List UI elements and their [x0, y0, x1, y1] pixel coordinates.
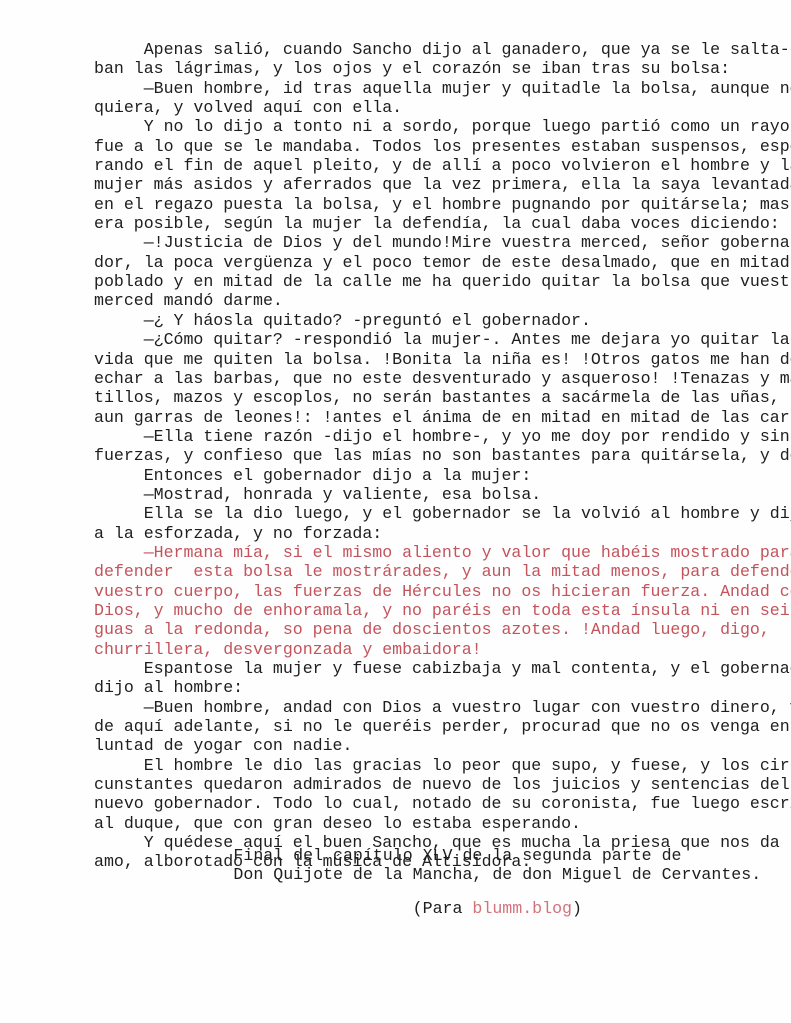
text-line: echar a las barbas, que no este desventu… — [94, 369, 734, 388]
text-line: —!Justicia de Dios y del mundo!Mire vues… — [94, 233, 734, 252]
credit-prefix: (Para — [94, 899, 472, 918]
text-line: El hombre le dio las gracias lo peor que… — [94, 756, 734, 775]
text-line-red: churrillera, desvergonzada y embaidora! — [94, 640, 734, 659]
text-line: fue a lo que se le mandaba. Todos los pr… — [94, 137, 734, 156]
text-line: dijo al hombre: — [94, 678, 734, 697]
text-line: —Mostrad, honrada y valiente, esa bolsa. — [94, 485, 734, 504]
text-line: quiera, y volved aquí con ella. — [94, 98, 734, 117]
text-line: Entonces el gobernador dijo a la mujer: — [94, 466, 734, 485]
text-line: —¿ Y háosla quitado? -preguntó el gobern… — [94, 311, 734, 330]
text-line: fuerzas, y confieso que las mías no son … — [94, 446, 734, 465]
blog-link[interactable]: blumm.blog — [472, 899, 572, 918]
text-line-red: —Hermana mía, si el mismo aliento y valo… — [94, 543, 734, 562]
closing-line-1: Final del capítulo XLV de la segunda par… — [94, 846, 734, 865]
text-line: dor, la poca vergüenza y el poco temor d… — [94, 253, 734, 272]
text-line-red: defender esta bolsa le mostrárades, y au… — [94, 562, 734, 581]
text-line: poblado y en mitad de la calle me ha que… — [94, 272, 734, 291]
text-line: luntad de yogar con nadie. — [94, 736, 734, 755]
text-line-red: Dios, y mucho de enhoramala, y no paréis… — [94, 601, 734, 620]
text-line: al duque, que con gran deseo lo estaba e… — [94, 814, 734, 833]
text-line: Y no lo dijo a tonto ni a sordo, porque … — [94, 117, 734, 136]
body-text: Apenas salió, cuando Sancho dijo al gana… — [94, 40, 734, 872]
text-line: Apenas salió, cuando Sancho dijo al gana… — [94, 40, 734, 59]
text-line: aun garras de leones!: !antes el ánima d… — [94, 408, 734, 427]
text-line: —Buen hombre, id tras aquella mujer y qu… — [94, 79, 734, 98]
text-line: era posible, según la mujer la defendía,… — [94, 214, 734, 233]
text-line-red: guas a la redonda, so pena de doscientos… — [94, 620, 734, 639]
credit-suffix: ) — [572, 899, 582, 918]
text-line: —Ella tiene razón -dijo el hombre-, y yo… — [94, 427, 734, 446]
text-line: rando el fin de aquel pleito, y de allí … — [94, 156, 734, 175]
text-line: vida que me quiten la bolsa. !Bonita la … — [94, 350, 734, 369]
credit-line: (Para blumm.blog) — [94, 899, 734, 918]
chapter-closing-note: Final del capítulo XLV de la segunda par… — [94, 846, 734, 885]
text-line: en el regazo puesta la bolsa, y el hombr… — [94, 195, 734, 214]
text-line: —Buen hombre, andad con Dios a vuestro l… — [94, 698, 734, 717]
text-line: mujer más asidos y aferrados que la vez … — [94, 175, 734, 194]
text-line: ban las lágrimas, y los ojos y el corazó… — [94, 59, 734, 78]
text-line: tillos, mazos y escoplos, no serán basta… — [94, 388, 734, 407]
text-line: a la esforzada, y no forzada: — [94, 524, 734, 543]
text-line: merced mandó darme. — [94, 291, 734, 310]
typewritten-page: Apenas salió, cuando Sancho dijo al gana… — [0, 0, 791, 1023]
text-line: cunstantes quedaron admirados de nuevo d… — [94, 775, 734, 794]
text-line: Espantose la mujer y fuese cabizbaja y m… — [94, 659, 734, 678]
text-line: —¿Cómo quitar? -respondió la mujer-. Ant… — [94, 330, 734, 349]
text-line: nuevo gobernador. Todo lo cual, notado d… — [94, 794, 734, 813]
text-line: de aquí adelante, si no le queréis perde… — [94, 717, 734, 736]
text-line-red: vuestro cuerpo, las fuerzas de Hércules … — [94, 582, 734, 601]
text-line: Ella se la dio luego, y el gobernador se… — [94, 504, 734, 523]
closing-line-2: Don Quijote de la Mancha, de don Miguel … — [94, 865, 734, 884]
